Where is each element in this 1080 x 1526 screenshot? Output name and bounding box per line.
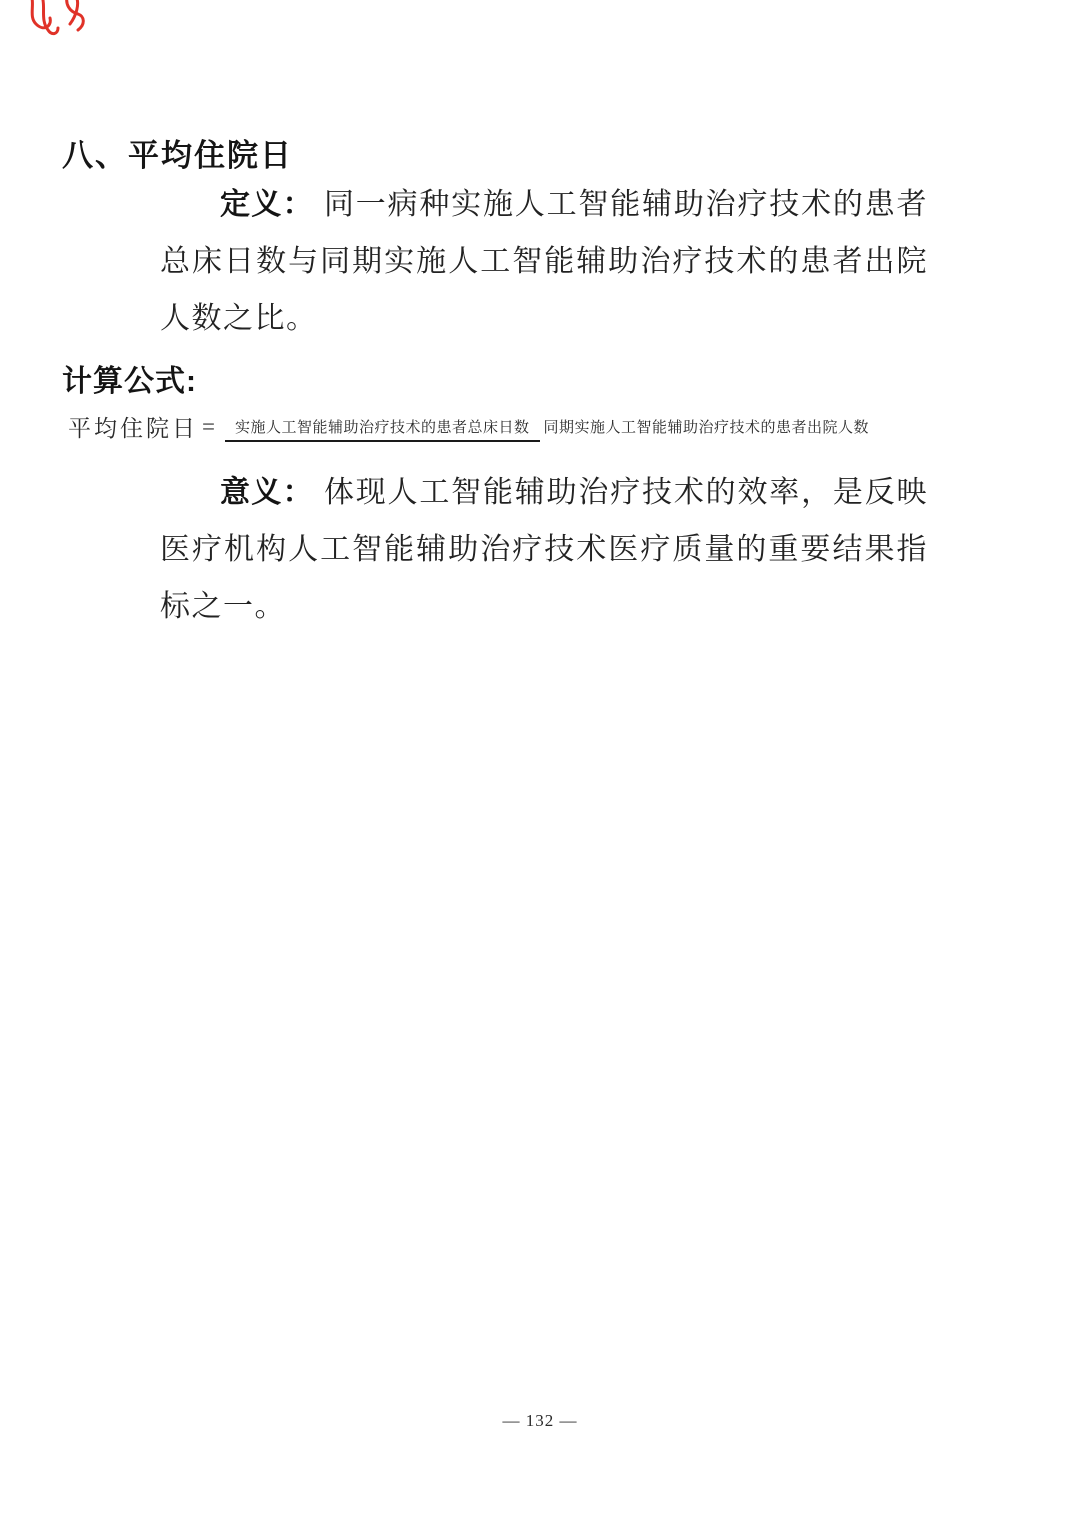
fraction-denominator: 同期实施人工智能辅助治疗技术的患者出院人数 [544, 416, 870, 436]
fraction-numerator: 实施人工智能辅助治疗技术的患者总床日数 [225, 420, 540, 442]
section-heading: 八、平均住院日 [62, 130, 293, 175]
significance-label: 意义： [220, 476, 314, 509]
red-corner-marks-icon [6, 0, 106, 60]
formula-section-label: 计算公式: [62, 356, 197, 400]
document-page: 八、平均住院日 定义：同一病种实施人工智能辅助治疗技术的患者总床日数与同期实施人… [0, 0, 1080, 1526]
significance-paragraph: 意义：体现人工智能辅助治疗技术的效率，是反映医疗机构人工智能辅助治疗技术医疗质量… [160, 464, 928, 635]
definition-paragraph: 定义：同一病种实施人工智能辅助治疗技术的患者总床日数与同期实施人工智能辅助治疗技… [160, 176, 928, 347]
formula-equals-sign: = [202, 414, 215, 440]
formula-fraction: 实施人工智能辅助治疗技术的患者总床日数 同期实施人工智能辅助治疗技术的患者出院人… [225, 416, 869, 437]
formula-lhs: 平均住院日 [68, 410, 198, 443]
definition-label: 定义： [220, 188, 314, 221]
formula: 平均住院日 = 实施人工智能辅助治疗技术的患者总床日数 同期实施人工智能辅助治疗… [68, 410, 869, 443]
page-number: — 132 — [0, 1411, 1080, 1431]
